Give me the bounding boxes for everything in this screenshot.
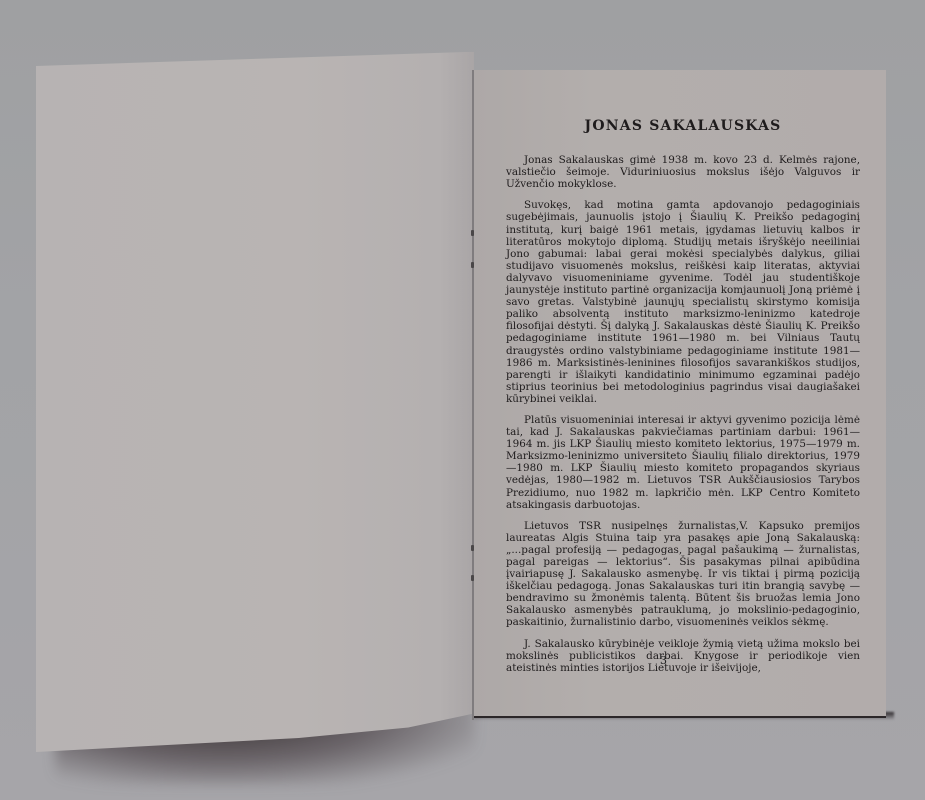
paragraph-2: Suvokęs, kad motina gamta apdovanojo ped…: [506, 199, 860, 405]
paragraph-3: Platūs visuomeniniai interesai ir aktyvi…: [506, 414, 860, 511]
paragraph-1: Jonas Sakalauskas gimė 1938 m. kovo 23 d…: [506, 154, 860, 190]
staple-top-a: [471, 230, 474, 236]
paragraph-5: J. Sakalausko kūrybinėje veikloje žymią …: [506, 638, 860, 674]
spine-fold: [472, 70, 474, 720]
staple-top-b: [471, 262, 474, 268]
paragraph-4: Lietuvos TSR nusipelnęs žurnalistas,V. K…: [506, 520, 860, 629]
page-number: 3: [660, 654, 667, 667]
staple-bottom-b: [471, 575, 474, 581]
page-text: JONAS SAKALAUSKAS Jonas Sakalauskas gimė…: [506, 118, 860, 683]
page-title: JONAS SAKALAUSKAS: [506, 120, 860, 132]
left-page-blank: [36, 52, 474, 752]
staple-bottom-a: [471, 545, 474, 551]
